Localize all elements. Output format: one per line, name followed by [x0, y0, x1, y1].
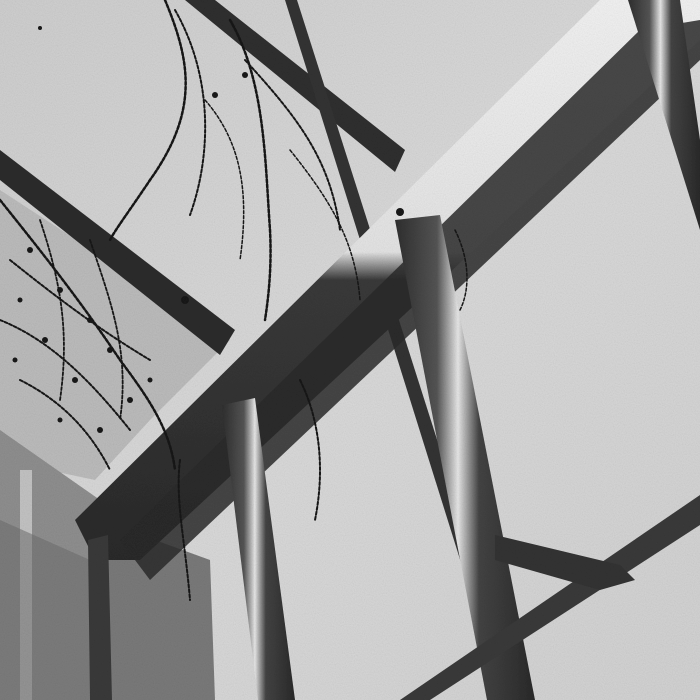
beams-and-vines-photo — [0, 0, 700, 700]
photo-stage: Upward view of crossing steel frame beam… — [0, 0, 700, 700]
post-lower-left — [88, 535, 112, 700]
